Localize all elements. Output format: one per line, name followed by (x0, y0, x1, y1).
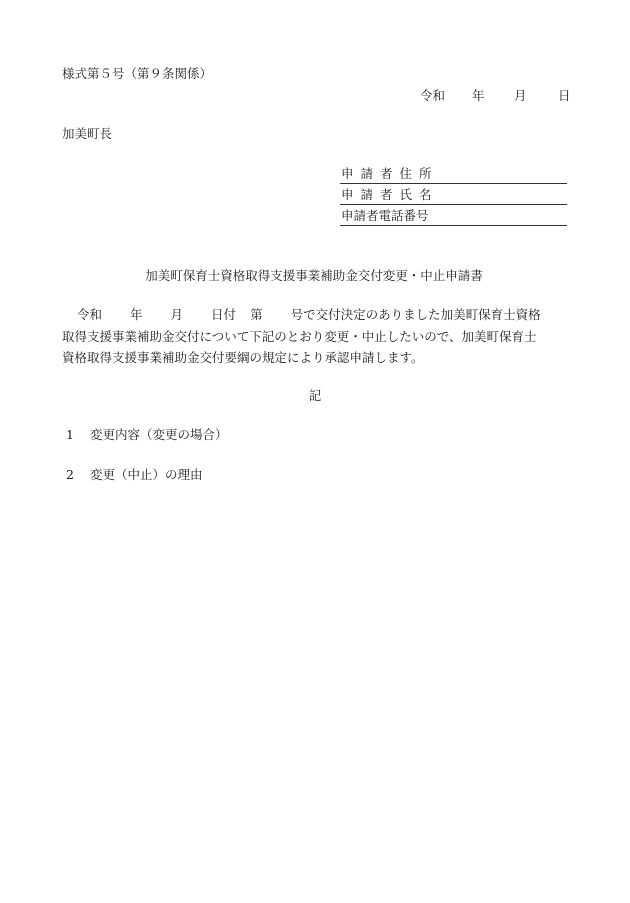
applicant-info-block: 申請者住所 申請者氏名 申請者電話番号 (340, 165, 567, 228)
body-month-label: 月 (171, 307, 184, 322)
applicant-phone-field[interactable]: 申請者電話番号 (340, 207, 567, 226)
request-body: 令和年月日付第号で交付決定のありました加美町保育士資格 取得支援事業補助金交付に… (62, 304, 572, 369)
body-line1-rest: 号で交付決定のありました加美町保育士資格 (291, 307, 541, 322)
body-year-label: 年 (130, 307, 143, 322)
applicant-name-label: 申請者氏名 (341, 185, 439, 203)
date-year-label: 年 (472, 86, 514, 104)
date-day-label: 日 (558, 86, 571, 104)
item-number: 1 (66, 427, 90, 442)
applicant-phone-label: 申請者電話番号 (341, 206, 429, 224)
body-day-label: 日付 (211, 307, 236, 322)
document-title: 加美町保育士資格取得支援事業補助金交付変更・中止申請書 (0, 266, 630, 284)
body-line-3: 資格取得支援事業補助金交付要綱の規定により承認申請します。 (62, 347, 572, 369)
form-number: 様式第５号（第９条関係） (62, 64, 212, 82)
document-title-text: 加美町保育士資格取得支援事業補助金交付変更・中止申請書 (145, 268, 483, 283)
item-change-reason: 2変更（中止）の理由 (66, 465, 203, 483)
applicant-address-label: 申請者住所 (341, 164, 439, 182)
item-label: 変更内容（変更の場合） (90, 427, 228, 442)
application-date: 令和年月日 (420, 86, 571, 104)
applicant-name-field[interactable]: 申請者氏名 (340, 186, 567, 205)
body-era: 令和 (77, 307, 102, 322)
item-number: 2 (66, 467, 90, 482)
body-number-prefix: 第 (250, 307, 263, 322)
date-month-label: 月 (514, 86, 558, 104)
applicant-address-field[interactable]: 申請者住所 (340, 165, 567, 184)
date-era: 令和 (420, 86, 472, 104)
item-label: 変更（中止）の理由 (90, 467, 203, 482)
body-line-2: 取得支援事業補助金交付について下記のとおり変更・中止したいので、加美町保育士 (62, 326, 572, 348)
addressee: 加美町長 (62, 124, 112, 142)
item-change-details: 1変更内容（変更の場合） (66, 425, 228, 443)
body-line-1: 令和年月日付第号で交付決定のありました加美町保育士資格 (62, 304, 572, 326)
ki-heading: 記 (0, 386, 630, 404)
